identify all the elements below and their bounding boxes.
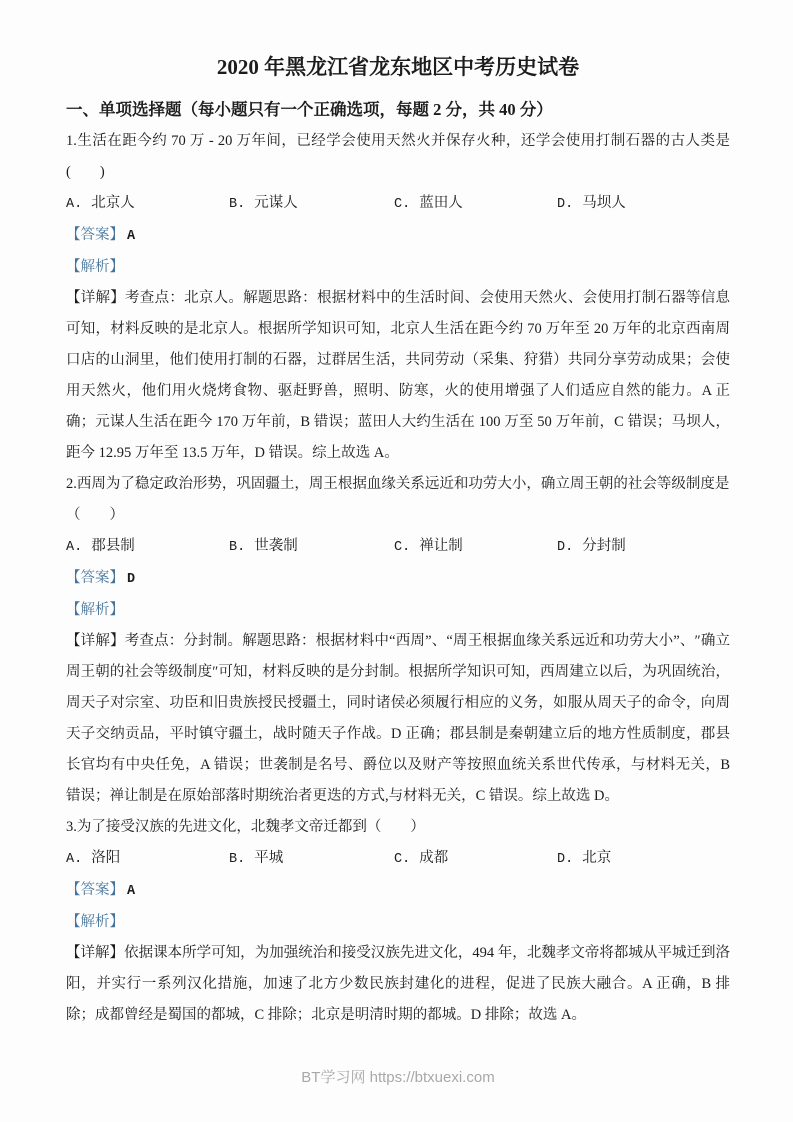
question-block-2: 2.西周为了稳定政治形势，巩固疆土，周王根据血缘关系远近和功劳大小，确立周王朝的… <box>66 469 730 812</box>
question-1-answer-row: 【答案】A <box>66 220 730 252</box>
option-key: D. <box>557 197 573 212</box>
question-2-stem: 2.西周为了稳定政治形势，巩固疆土，周王根据血缘关系远近和功劳大小，确立周王朝的… <box>66 469 730 531</box>
option-key: B. <box>229 852 245 867</box>
option-key: C. <box>394 540 410 555</box>
question-2-options-row: A.郡县制 B.世袭制 C.禅让制 D.分封制 <box>66 531 730 563</box>
analysis-label: 【解析】 <box>66 259 124 275</box>
footer-watermark: BT学习网 https://btxuexi.com <box>66 1068 730 1088</box>
exam-page: 2020 年黑龙江省龙东地区中考历史试卷 一、单项选择题（每小题只有一个正确选项… <box>0 0 793 1122</box>
question-1-option-d: D.马坝人 <box>557 188 730 220</box>
question-3-answer-row: 【答案】A <box>66 875 730 907</box>
detail-text: 考查点：分封制。解题思路：根据材料中“西周”、“周王根据血缘关系远近和功劳大小”… <box>66 633 730 804</box>
option-text: 马坝人 <box>582 195 626 211</box>
question-1-option-a: A.北京人 <box>66 188 229 220</box>
question-3-option-a: A.洛阳 <box>66 843 229 875</box>
question-1-option-c: C.蓝田人 <box>394 188 557 220</box>
question-3-stem: 3.为了接受汉族的先进文化，北魏孝文帝迁都到（ ） <box>66 812 730 843</box>
question-block-3: 3.为了接受汉族的先进文化，北魏孝文帝迁都到（ ） A.洛阳 B.平城 C.成都… <box>66 812 730 1031</box>
question-2-option-d: D.分封制 <box>557 531 730 563</box>
detail-text: 依据课本所学可知，为加强统治和接受汉族先进文化，494 年，北魏孝文帝将都城从平… <box>66 945 730 1023</box>
option-text: 洛阳 <box>91 850 120 866</box>
page-title: 2020 年黑龙江省龙东地区中考历史试卷 <box>66 52 730 82</box>
question-2-stem-text: 2.西周为了稳定政治形势，巩固疆土，周王根据血缘关系远近和功劳大小，确立周王朝的… <box>66 476 729 492</box>
question-3-option-c: C.成都 <box>394 843 557 875</box>
question-3-option-d: D.北京 <box>557 843 730 875</box>
question-1-options-row: A.北京人 B.元谋人 C.蓝田人 D.马坝人 <box>66 188 730 220</box>
question-3-options-row: A.洛阳 B.平城 C.成都 D.北京 <box>66 843 730 875</box>
answer-value: D <box>127 572 135 587</box>
analysis-label: 【解析】 <box>66 602 124 618</box>
question-2-stem-line2: （ ） <box>66 500 730 531</box>
option-text: 北京 <box>582 850 611 866</box>
option-text: 分封制 <box>582 538 626 554</box>
analysis-label: 【解析】 <box>66 914 124 930</box>
question-2-detail: 【详解】考查点：分封制。解题思路：根据材料中“西周”、“周王根据血缘关系远近和功… <box>66 626 730 812</box>
question-block-1: 1.生活在距今约 70 万 - 20 万年间，已经学会使用天然火并保存火种，还学… <box>66 126 730 469</box>
question-2-option-b: B.世袭制 <box>229 531 394 563</box>
option-key: C. <box>394 852 410 867</box>
option-key: C. <box>394 197 410 212</box>
question-1-detail: 【详解】考查点：北京人。解题思路：根据材料中的生活时间、会使用天然火、会使用打制… <box>66 283 730 469</box>
option-key: D. <box>557 540 573 555</box>
detail-label: 【详解】 <box>66 945 124 961</box>
option-key: B. <box>229 197 245 212</box>
detail-text: 考查点：北京人。解题思路：根据材料中的生活时间、会使用天然火、会使用打制石器等信… <box>66 290 730 461</box>
option-text: 禅让制 <box>419 538 463 554</box>
answer-label: 【答案】 <box>66 570 124 586</box>
question-1-stem: 1.生活在距今约 70 万 - 20 万年间，已经学会使用天然火并保存火种，还学… <box>66 126 730 188</box>
option-text: 成都 <box>419 850 448 866</box>
question-3-option-b: B.平城 <box>229 843 394 875</box>
option-key: A. <box>66 197 82 212</box>
question-1-stem-text: 1.生活在距今约 70 万 - 20 万年间，已经学会使用天然火并保存火种，还学… <box>66 133 730 180</box>
question-3-analysis-row: 【解析】 <box>66 907 730 938</box>
option-key: B. <box>229 540 245 555</box>
option-text: 郡县制 <box>91 538 135 554</box>
option-text: 世袭制 <box>254 538 298 554</box>
option-key: D. <box>557 852 573 867</box>
answer-value: A <box>127 229 135 244</box>
option-text: 蓝田人 <box>419 195 463 211</box>
question-2-answer-row: 【答案】D <box>66 563 730 595</box>
answer-label: 【答案】 <box>66 227 124 243</box>
question-2-option-a: A.郡县制 <box>66 531 229 563</box>
option-key: A. <box>66 540 82 555</box>
question-2-option-c: C.禅让制 <box>394 531 557 563</box>
question-1-option-b: B.元谋人 <box>229 188 394 220</box>
detail-label: 【详解】 <box>66 290 125 306</box>
option-text: 平城 <box>254 850 283 866</box>
option-text: 北京人 <box>91 195 135 211</box>
detail-label: 【详解】 <box>66 633 125 649</box>
question-1-analysis-row: 【解析】 <box>66 252 730 283</box>
question-3-stem-text: 3.为了接受汉族的先进文化，北魏孝文帝迁都到（ ） <box>66 819 425 835</box>
question-3-detail: 【详解】依据课本所学可知，为加强统治和接受汉族先进文化，494 年，北魏孝文帝将… <box>66 938 730 1031</box>
option-key: A. <box>66 852 82 867</box>
answer-label: 【答案】 <box>66 882 124 898</box>
option-text: 元谋人 <box>254 195 298 211</box>
question-2-analysis-row: 【解析】 <box>66 595 730 626</box>
answer-value: A <box>127 884 135 899</box>
section-heading: 一、单项选择题（每小题只有一个正确选项，每题 2 分，共 40 分） <box>66 94 730 126</box>
